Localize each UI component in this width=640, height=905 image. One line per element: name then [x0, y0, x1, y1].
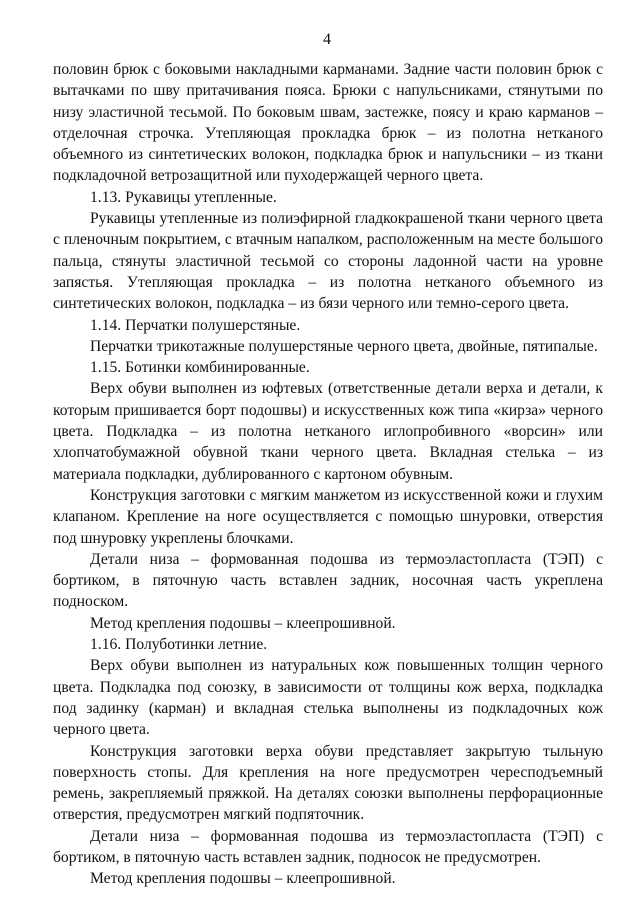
- document-body: половин брюк с боковыми накладными карма…: [53, 59, 603, 890]
- section-heading-1-14: 1.14. Перчатки полушерстяные.: [53, 315, 603, 336]
- section-heading-1-15: 1.15. Ботинки комбинированные.: [53, 357, 603, 378]
- section-heading-1-13: 1.13. Рукавицы утепленные.: [53, 187, 603, 208]
- paragraph: Детали низа – формованная подошва из тер…: [53, 826, 603, 869]
- paragraph-continuation: половин брюк с боковыми накладными карма…: [53, 59, 603, 187]
- paragraph: Верх обуви выполнен из юфтевых (ответств…: [53, 378, 603, 484]
- paragraph: Конструкция заготовки верха обуви предст…: [53, 741, 603, 826]
- paragraph: Метод крепления подошвы – клеепрошивной.: [53, 868, 603, 889]
- paragraph: Метод крепления подошвы – клеепрошивной.: [53, 613, 603, 634]
- paragraph: Перчатки трикотажные полушерстяные черно…: [53, 336, 603, 357]
- section-heading-1-16: 1.16. Полуботинки летние.: [53, 634, 603, 655]
- paragraph: Рукавицы утепленные из полиэфирной гладк…: [53, 208, 603, 314]
- paragraph: Детали низа – формованная подошва из тер…: [53, 549, 603, 613]
- paragraph: Верх обуви выполнен из натуральных кож п…: [53, 655, 603, 740]
- page-number: 4: [0, 31, 640, 49]
- paragraph: Конструкция заготовки с мягким манжетом …: [53, 485, 603, 549]
